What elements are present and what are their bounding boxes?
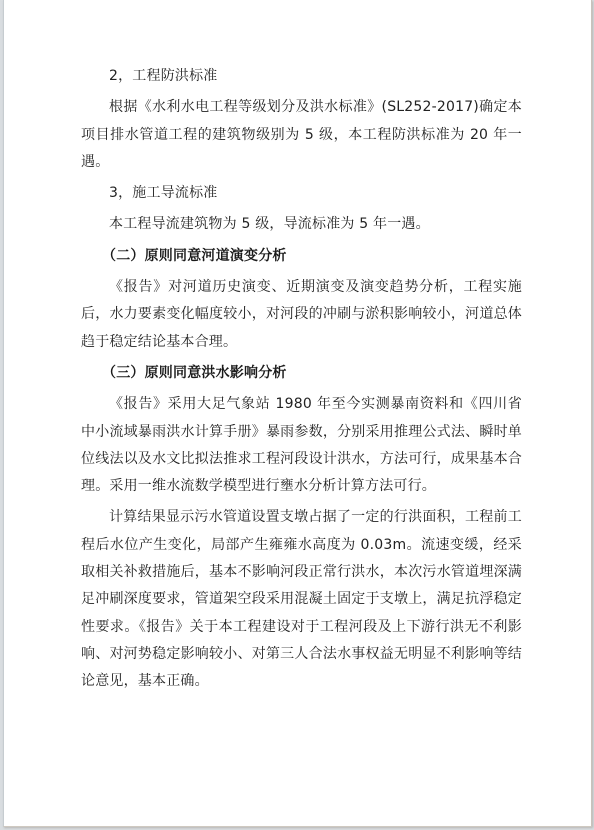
paragraph-river-evolution: 《报告》对河道历史演变、近期演变及演变趋势分析，工程实施后，水力要素变化幅度较小… [81,274,522,356]
section-item-flood-standard: 2，工程防洪标准 [81,63,522,90]
heading-flood-impact: （三）原则同意洪水影响分析 [81,360,522,387]
section-item-diversion-standard: 3，施工导流标准 [81,180,522,207]
document-body: 2，工程防洪标准 根据《水利水电工程等级划分及洪水标准》(SL252-2017)… [81,63,522,700]
heading-river-evolution: （二）原则同意河道演变分析 [81,243,522,270]
paragraph-flood-impact-result: 计算结果显示污水管道设置支墩占据了一定的行洪面积，工程前工程后水位产生变化，局部… [81,504,522,695]
paragraph-flood-standard: 根据《水利水电工程等级划分及洪水标准》(SL252-2017)确定本项目排水管道… [81,94,522,176]
paragraph-diversion-standard: 本工程导流建筑物为 5 级，导流标准为 5 年一遇。 [81,211,522,238]
paragraph-flood-impact-method: 《报告》采用大足气象站 1980 年至今实测暴南资料和《四川省中小流域暴雨洪水计… [81,391,522,500]
document-page: 2，工程防洪标准 根据《水利水电工程等级划分及洪水标准》(SL252-2017)… [3,0,592,827]
